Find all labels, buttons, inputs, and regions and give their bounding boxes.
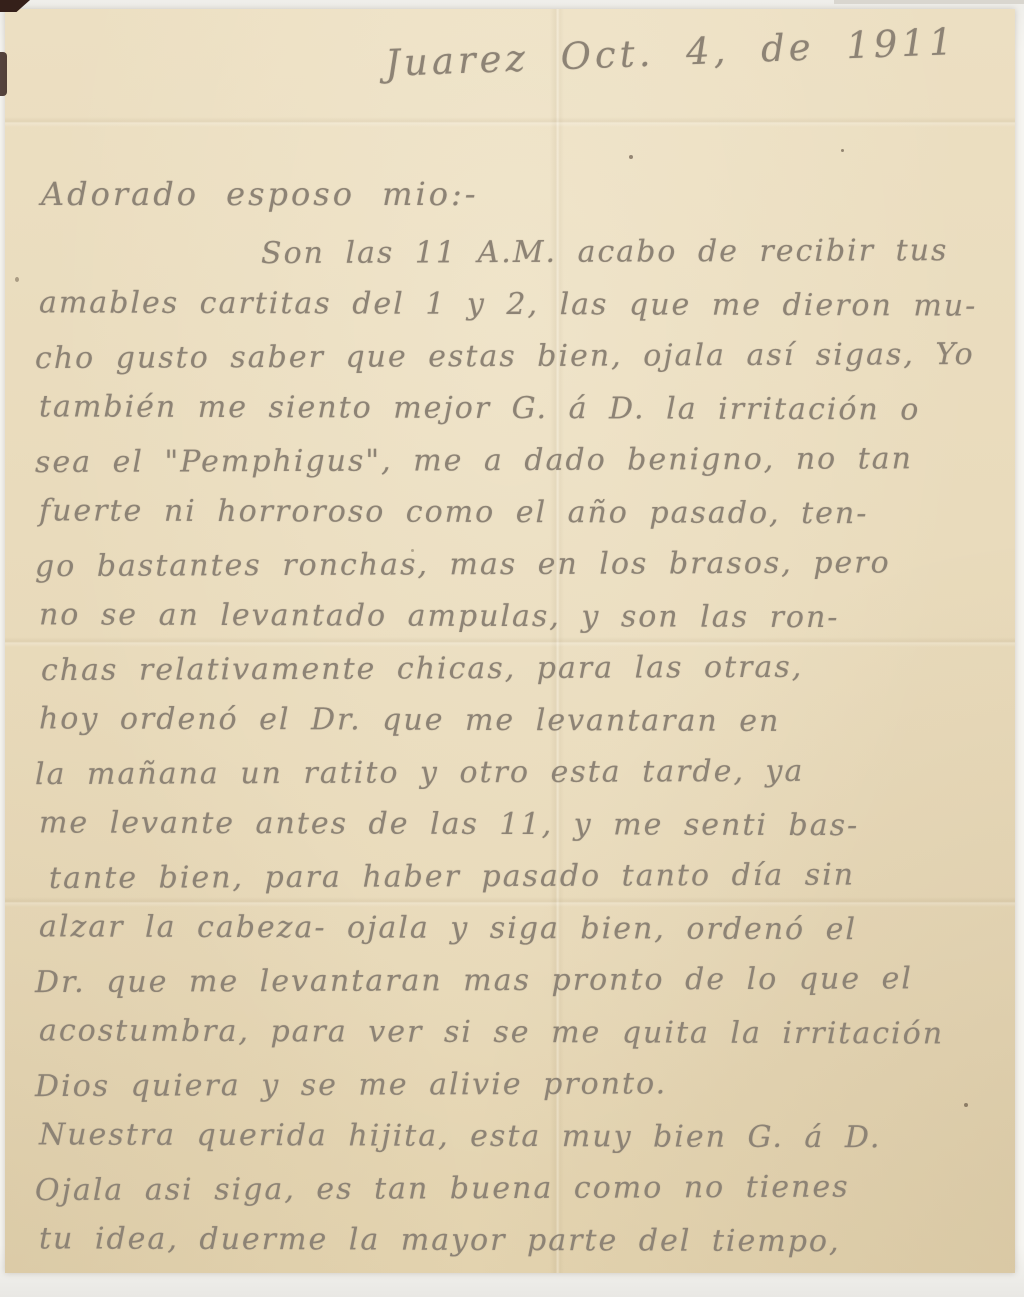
letter-line: cho gusto saber que estas bien, ojala as…: [35, 329, 997, 385]
letter-line: acostumbra, para ver si se me quita la i…: [39, 1005, 1001, 1060]
letter-line: Son las 11 A.M. acabo de recibir tus: [35, 225, 997, 281]
paper-speck: [411, 549, 414, 552]
letter-line: hoy ordenó el Dr. que me levantaran en: [39, 693, 1001, 748]
letter-line: Dios quiera y se me alivie pronto.: [35, 1057, 997, 1113]
letter-line: fuerte ni horroroso como el año pasado, …: [39, 485, 1001, 540]
paper-speck: [964, 1103, 968, 1107]
letter-line: tu idea, duerme la mayor parte del tiemp…: [39, 1213, 1001, 1268]
letter-line: amables cartitas del 1 y 2, las que me d…: [39, 277, 1001, 332]
letter-line: también me siento mejor G. á D. la irrit…: [39, 381, 1001, 436]
letter-line: sea el "Pemphigus", me a dado benigno, n…: [35, 433, 997, 489]
salutation: Adorado esposo mio:-: [41, 175, 479, 213]
scan-edge-mark: [0, 52, 7, 96]
letter-line: la mañana un ratito y otro esta tarde, y…: [35, 745, 997, 801]
paper-speck: [629, 155, 633, 159]
letter-body: Son las 11 A.M. acabo de recibir tus ama…: [35, 227, 997, 1267]
letter-paper: Juarez Oct. 4, de 1911 Adorado esposo mi…: [5, 9, 1015, 1273]
letter-line: Nuestra querida hijita, esta muy bien G.…: [39, 1109, 1001, 1164]
letter-line: alzar la cabeza- ojala y siga bien, orde…: [39, 901, 1001, 956]
paper-speck: [15, 277, 19, 282]
paper-speck: [841, 149, 844, 152]
letter-line: go bastantes ronchas, mas en los brasos,…: [35, 537, 997, 593]
letter-line: Dr. que me levantaran mas pronto de lo q…: [35, 953, 997, 1009]
scanned-letter-page: Juarez Oct. 4, de 1911 Adorado esposo mi…: [0, 0, 1024, 1297]
letter-line: me levante antes de las 11, y me senti b…: [39, 797, 1001, 852]
letter-line: chas relativamente chicas, para las otra…: [35, 641, 997, 697]
letter-line: no se an levantado ampulas, y son las ro…: [39, 589, 1001, 644]
letter-line: tante bien, para haber pasado tanto día …: [35, 849, 997, 905]
dateline: Juarez Oct. 4, de 1911: [385, 20, 958, 85]
handwritten-text-layer: Juarez Oct. 4, de 1911 Adorado esposo mi…: [5, 9, 1015, 1273]
letter-line: Ojala asi siga, es tan buena como no tie…: [35, 1161, 997, 1217]
scan-edge-mark: [834, 0, 1024, 4]
